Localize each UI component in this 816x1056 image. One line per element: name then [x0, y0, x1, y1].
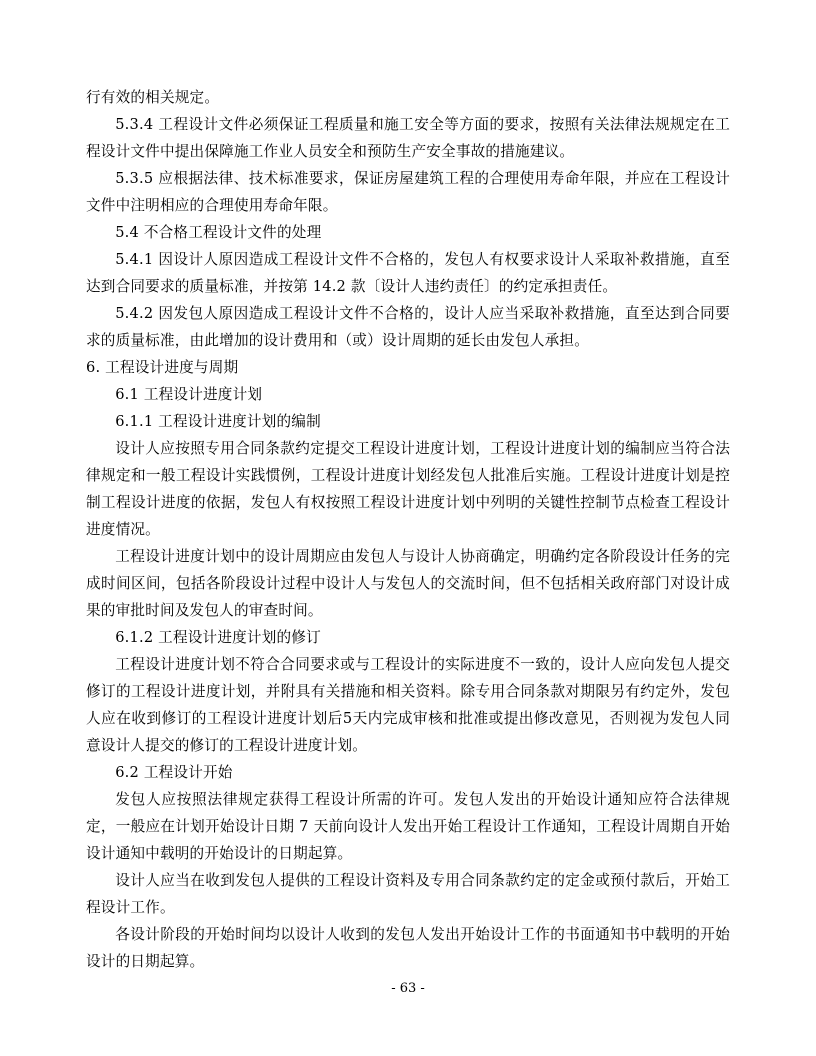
page-number: - 63 -	[0, 980, 816, 998]
paragraph: 6.1.2 工程设计进度计划的修订	[86, 624, 730, 651]
paragraph: 5.4 不合格工程设计文件的处理	[86, 219, 730, 246]
paragraph: 行有效的相关规定。	[86, 84, 730, 111]
document-page: 行有效的相关规定。5.3.4 工程设计文件必须保证工程质量和施工安全等方面的要求…	[0, 0, 816, 1056]
document-body: 行有效的相关规定。5.3.4 工程设计文件必须保证工程质量和施工安全等方面的要求…	[86, 84, 730, 975]
paragraph: 设计人应当在收到发包人提供的工程设计资料及专用合同条款约定的定金或预付款后，开始…	[86, 867, 730, 921]
paragraph: 工程设计进度计划中的设计周期应由发包人与设计人协商确定，明确约定各阶段设计任务的…	[86, 543, 730, 624]
paragraph: 6.2 工程设计开始	[86, 759, 730, 786]
paragraph: 5.4.2 因发包人原因造成工程设计文件不合格的，设计人应当采取补救措施，直至达…	[86, 300, 730, 354]
paragraph: 6.1.1 工程设计进度计划的编制	[86, 408, 730, 435]
paragraph: 6.1 工程设计进度计划	[86, 381, 730, 408]
paragraph: 5.4.1 因设计人原因造成工程设计文件不合格的，发包人有权要求设计人采取补救措…	[86, 246, 730, 300]
paragraph: 各设计阶段的开始时间均以设计人收到的发包人发出开始设计工作的书面通知书中载明的开…	[86, 921, 730, 975]
paragraph: 设计人应按照专用合同条款约定提交工程设计进度计划，工程设计进度计划的编制应当符合…	[86, 435, 730, 543]
paragraph: 6. 工程设计进度与周期	[86, 354, 730, 381]
paragraph: 5.3.4 工程设计文件必须保证工程质量和施工安全等方面的要求，按照有关法律法规…	[86, 111, 730, 165]
paragraph: 工程设计进度计划不符合合同要求或与工程设计的实际进度不一致的，设计人应向发包人提…	[86, 651, 730, 759]
paragraph: 发包人应按照法律规定获得工程设计所需的许可。发包人发出的开始设计通知应符合法律规…	[86, 786, 730, 867]
paragraph: 5.3.5 应根据法律、技术标准要求，保证房屋建筑工程的合理使用寿命年限，并应在…	[86, 165, 730, 219]
